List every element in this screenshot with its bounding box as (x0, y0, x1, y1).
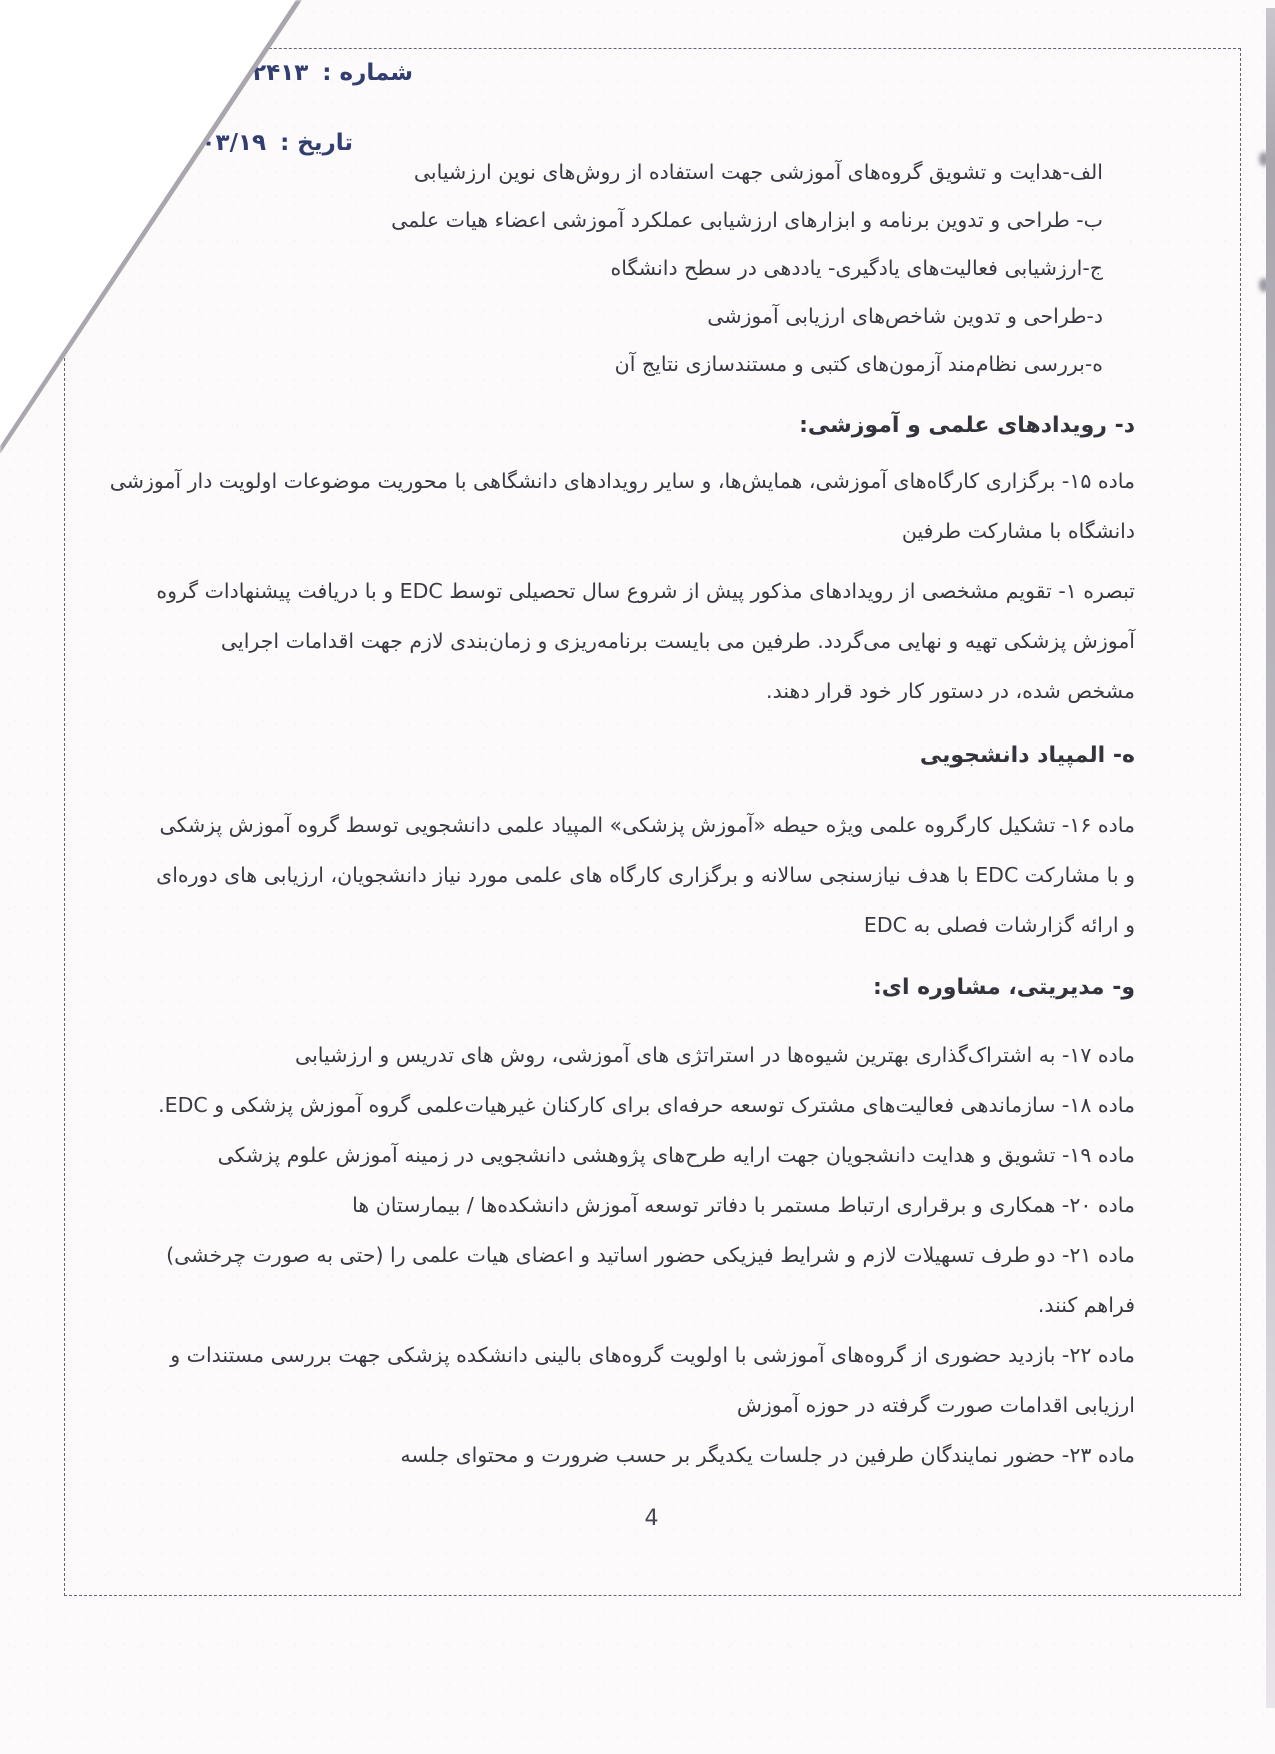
intro-item-be: ب- طراحی و تدوین برنامه و ابزارهای ارزشی… (137, 196, 1135, 244)
stamp-number-label: شماره : (322, 60, 413, 86)
paragraph-tabsareh-1: تبصره ۱- تقویم مشخصی از رویدادهای مذکور … (137, 566, 1135, 716)
intro-item-dal: د-طراحی و تدوین شاخص‌های ارزیابی آموزشی (137, 292, 1135, 340)
section-heading-management: و- مدیریتی، مشاوره ای: (137, 966, 1135, 1010)
paragraph-madeh-22: ماده ۲۲- بازدید حضوری از گروه‌های آموزشی… (137, 1330, 1135, 1430)
scanner-edge-shadow (1266, 8, 1275, 1708)
text-line: آموزش پزشکی تهیه و نهایی می‌گردد. طرفین … (137, 616, 1135, 666)
stamp-number-value: ۲۴۱۳ (252, 60, 308, 86)
text-line: دانشگاه با مشارکت طرفین (137, 506, 1135, 556)
text-line: مشخص شده، در دستور کار خود قرار دهند. (137, 666, 1135, 716)
text-line: ماده ۲۳- حضور نمایندگان طرفین در جلسات ی… (137, 1430, 1135, 1480)
paragraph-madeh-17: ماده ۱۷- به اشتراک‌گذاری بهترین شیوه‌ها … (137, 1030, 1135, 1080)
stamp-number: شماره : ۲۴۱۳ (252, 60, 413, 86)
scanned-document-page: شماره : ۲۴۱۳ تاریخ : /۰۳/۱۹ الف-هدایت و … (0, 0, 1275, 1754)
text-line: تبصره ۱- تقویم مشخصی از رویدادهای مذکور … (137, 566, 1135, 616)
intro-item-he: ه-بررسی نظام‌مند آزمون‌های کتبی و مستندس… (137, 340, 1135, 388)
text-line: ماده ۲۱- دو طرف تسهیلات لازم و شرایط فیز… (137, 1230, 1135, 1280)
paragraph-madeh-18: ماده ۱۸- سازماندهی فعالیت‌های مشترک توسع… (137, 1080, 1135, 1130)
text-line: و با مشارکت EDC با هدف نیازسنجی سالانه و… (137, 850, 1135, 900)
text-line: فراهم کنند. (137, 1280, 1135, 1330)
section-heading-olympiad: ه- المپیاد دانشجویی (137, 734, 1135, 778)
text-line: ماده ۱۵- برگزاری کارگاه‌های آموزشی، همای… (137, 456, 1135, 506)
text-line: ماده ۱۸- سازماندهی فعالیت‌های مشترک توسع… (137, 1080, 1135, 1130)
text-line: ماده ۱۷- به اشتراک‌گذاری بهترین شیوه‌ها … (137, 1030, 1135, 1080)
text-line: ماده ۱۹- تشویق و هدایت دانشجویان جهت ارا… (137, 1130, 1135, 1180)
page-number: 4 (64, 1506, 1239, 1531)
paragraph-madeh-19: ماده ۱۹- تشویق و هدایت دانشجویان جهت ارا… (137, 1130, 1135, 1180)
text-line: ماده ۲۰- همکاری و برقراری ارتباط مستمر ب… (137, 1180, 1135, 1230)
paragraph-madeh-23: ماده ۲۳- حضور نمایندگان طرفین در جلسات ی… (137, 1430, 1135, 1480)
paragraph-madeh-21: ماده ۲۱- دو طرف تسهیلات لازم و شرایط فیز… (137, 1230, 1135, 1330)
intro-item-alef: الف-هدایت و تشویق گروه‌های آموزشی جهت اس… (137, 148, 1135, 196)
intro-item-jim: ج-ارزشیابی فعالیت‌های یادگیری- یاددهی در… (137, 244, 1135, 292)
paragraph-madeh-16: ماده ۱۶- تشکیل کارگروه علمی ویژه حیطه «آ… (137, 800, 1135, 950)
paragraph-madeh-15: ماده ۱۵- برگزاری کارگاه‌های آموزشی، همای… (137, 456, 1135, 556)
document-body: الف-هدایت و تشویق گروه‌های آموزشی جهت اس… (137, 148, 1135, 1480)
text-line: ارزیابی اقدامات صورت گرفته در حوزه آموزش (137, 1380, 1135, 1430)
text-line: ماده ۱۶- تشکیل کارگروه علمی ویژه حیطه «آ… (137, 800, 1135, 850)
paragraph-madeh-20: ماده ۲۰- همکاری و برقراری ارتباط مستمر ب… (137, 1180, 1135, 1230)
text-line: ماده ۲۲- بازدید حضوری از گروه‌های آموزشی… (137, 1330, 1135, 1380)
section-heading-events: د- رویدادهای علمی و آموزشی: (137, 404, 1135, 448)
text-line: و ارائه گزارشات فصلی به EDC (137, 900, 1135, 950)
